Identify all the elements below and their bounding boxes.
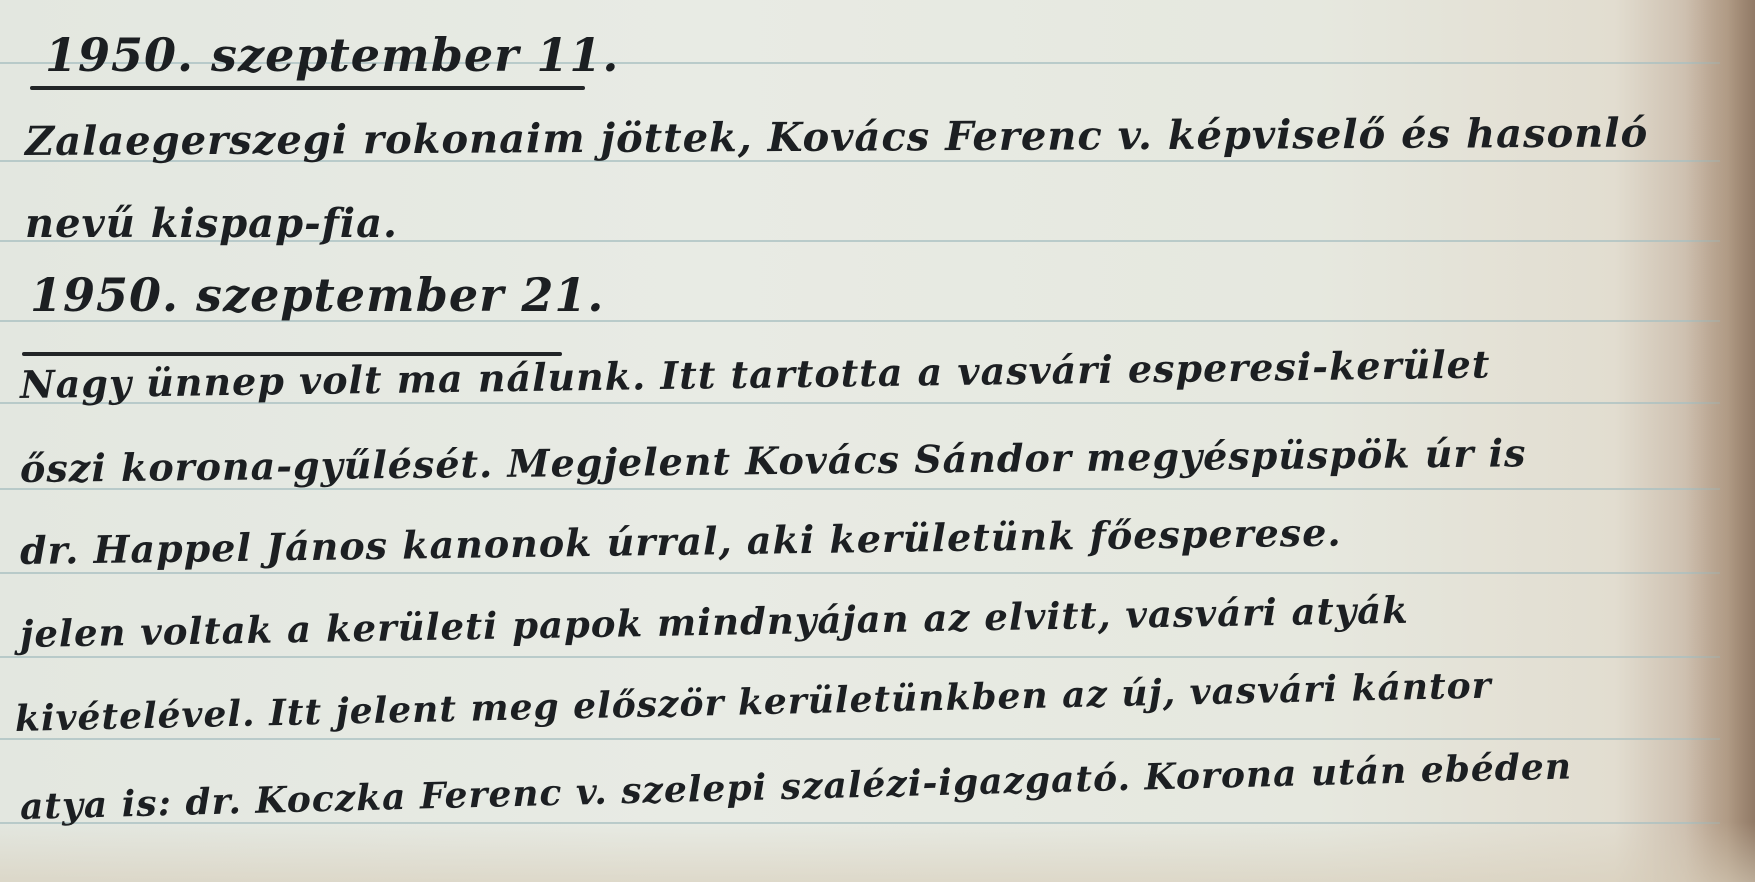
page-bottom-shadow [0, 822, 1755, 882]
date-underline [30, 86, 585, 90]
ruled-line [0, 738, 1720, 740]
entry-date: 1950. szeptember 11. [45, 28, 619, 82]
diary-page: 1950. szeptember 11. Zalaegerszegi rokon… [0, 0, 1755, 882]
entry-text-line: dr. Happel János kanonok úrral, aki kerü… [20, 510, 1342, 573]
entry-text-line: jelen voltak a kerületi papok mindnyájan… [20, 588, 1409, 656]
ruled-line [0, 656, 1720, 658]
ruled-line [0, 572, 1720, 574]
entry-text-line: őszi korona-gyűlését. Megjelent Kovács S… [20, 430, 1527, 491]
entry-text-line: atya is: dr. Koczka Ferenc v. szelepi sz… [19, 745, 1572, 828]
entry-date: 1950. szeptember 21. [30, 268, 604, 322]
entry-text-line: nevű kispap-fia. [25, 200, 398, 247]
entry-text-line: Zalaegerszegi rokonaim jöttek, Kovács Fe… [25, 110, 1648, 165]
page-edge-shadow [1685, 0, 1755, 882]
entry-text-line: kivételével. Itt jelent meg először kerü… [15, 664, 1493, 739]
